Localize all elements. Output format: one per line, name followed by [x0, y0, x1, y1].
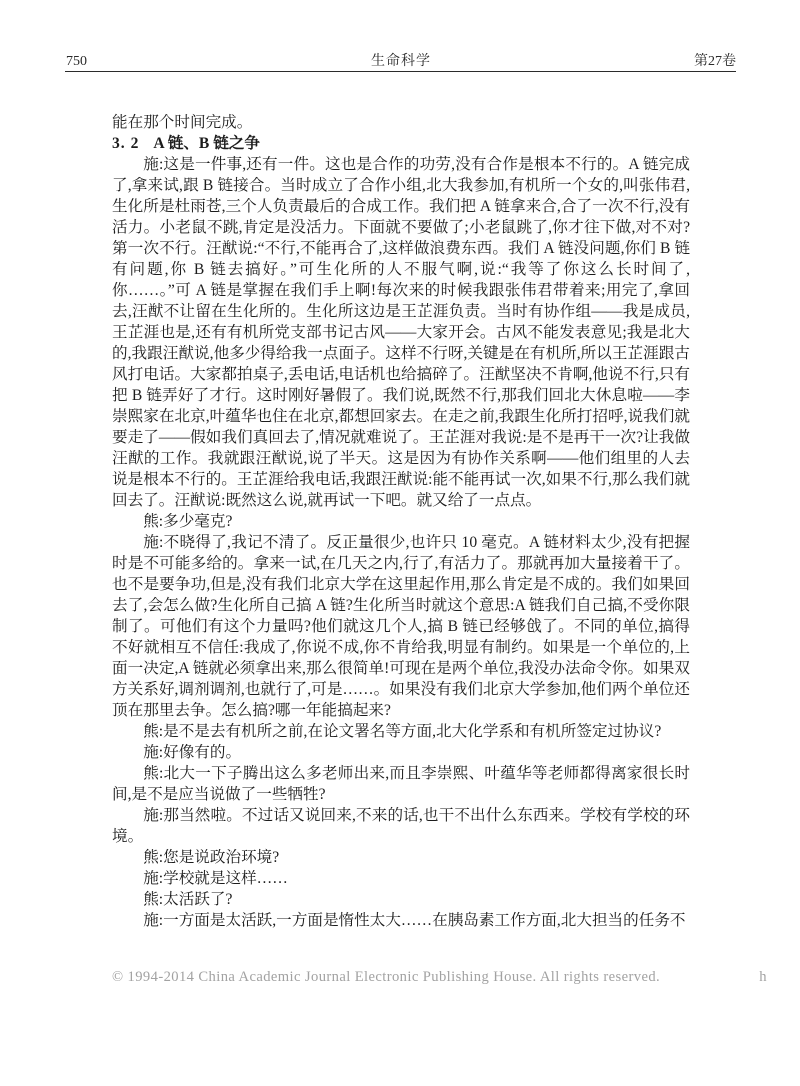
journal-title: 生命科学	[289, 50, 512, 70]
dialogue-paragraph: 施:一方面是太活跃,一方面是惰性太大……在胰岛素工作方面,北大担当的任务不	[112, 910, 690, 931]
dialogue-paragraph: 熊:您是说政治环境?	[112, 847, 690, 868]
dialogue-paragraph: 施:好像有的。	[112, 742, 690, 763]
dialogue-paragraph: 施:不晓得了,我记不清了。反正量很少,也许只 10 毫克。A 链材料太少,没有把…	[112, 532, 690, 721]
dialogue-paragraph: 熊:北大一下子腾出这么多老师出来,而且李崇熙、叶蕴华等老师都得离家很长时间,是不…	[112, 763, 690, 805]
page-body: 能在那个时间完成。 3. 2A 链、B 链之争 施:这是一件事,还有一件。这也是…	[112, 112, 690, 931]
header-rule	[65, 71, 736, 72]
section-heading: 3. 2A 链、B 链之争	[112, 133, 690, 154]
dialogue-paragraph: 熊:太活跃了?	[112, 889, 690, 910]
watermark-text: © 1994-2014 China Academic Journal Elect…	[112, 969, 660, 986]
dialogue-paragraph: 施:那当然啦。不过话又说回来,不来的话,也干不出什么东西来。学校有学校的环境。	[112, 805, 690, 847]
section-title: A 链、B 链之争	[153, 135, 260, 152]
carryover-line: 能在那个时间完成。	[112, 112, 690, 133]
page-number: 750	[66, 54, 289, 70]
dialogue-paragraph: 施:学校就是这样……	[112, 868, 690, 889]
section-number: 3. 2	[112, 135, 139, 152]
watermark-trailing-char: h	[759, 969, 767, 986]
journal-page: 750 生命科学 第27卷 能在那个时间完成。 3. 2A 链、B 链之争 施:…	[0, 0, 800, 1086]
running-head: 750 生命科学 第27卷	[66, 50, 736, 70]
copyright-watermark: © 1994-2014 China Academic Journal Elect…	[112, 969, 767, 986]
dialogue-paragraph: 熊:多少毫克?	[112, 511, 690, 532]
dialogue-paragraph: 熊:是不是去有机所之前,在论文署名等方面,北大化学系和有机所签定过协议?	[112, 721, 690, 742]
dialogue-paragraph: 施:这是一件事,还有一件。这也是合作的功劳,没有合作是根本不行的。A 链完成了,…	[112, 154, 690, 511]
volume-label: 第27卷	[513, 50, 736, 70]
